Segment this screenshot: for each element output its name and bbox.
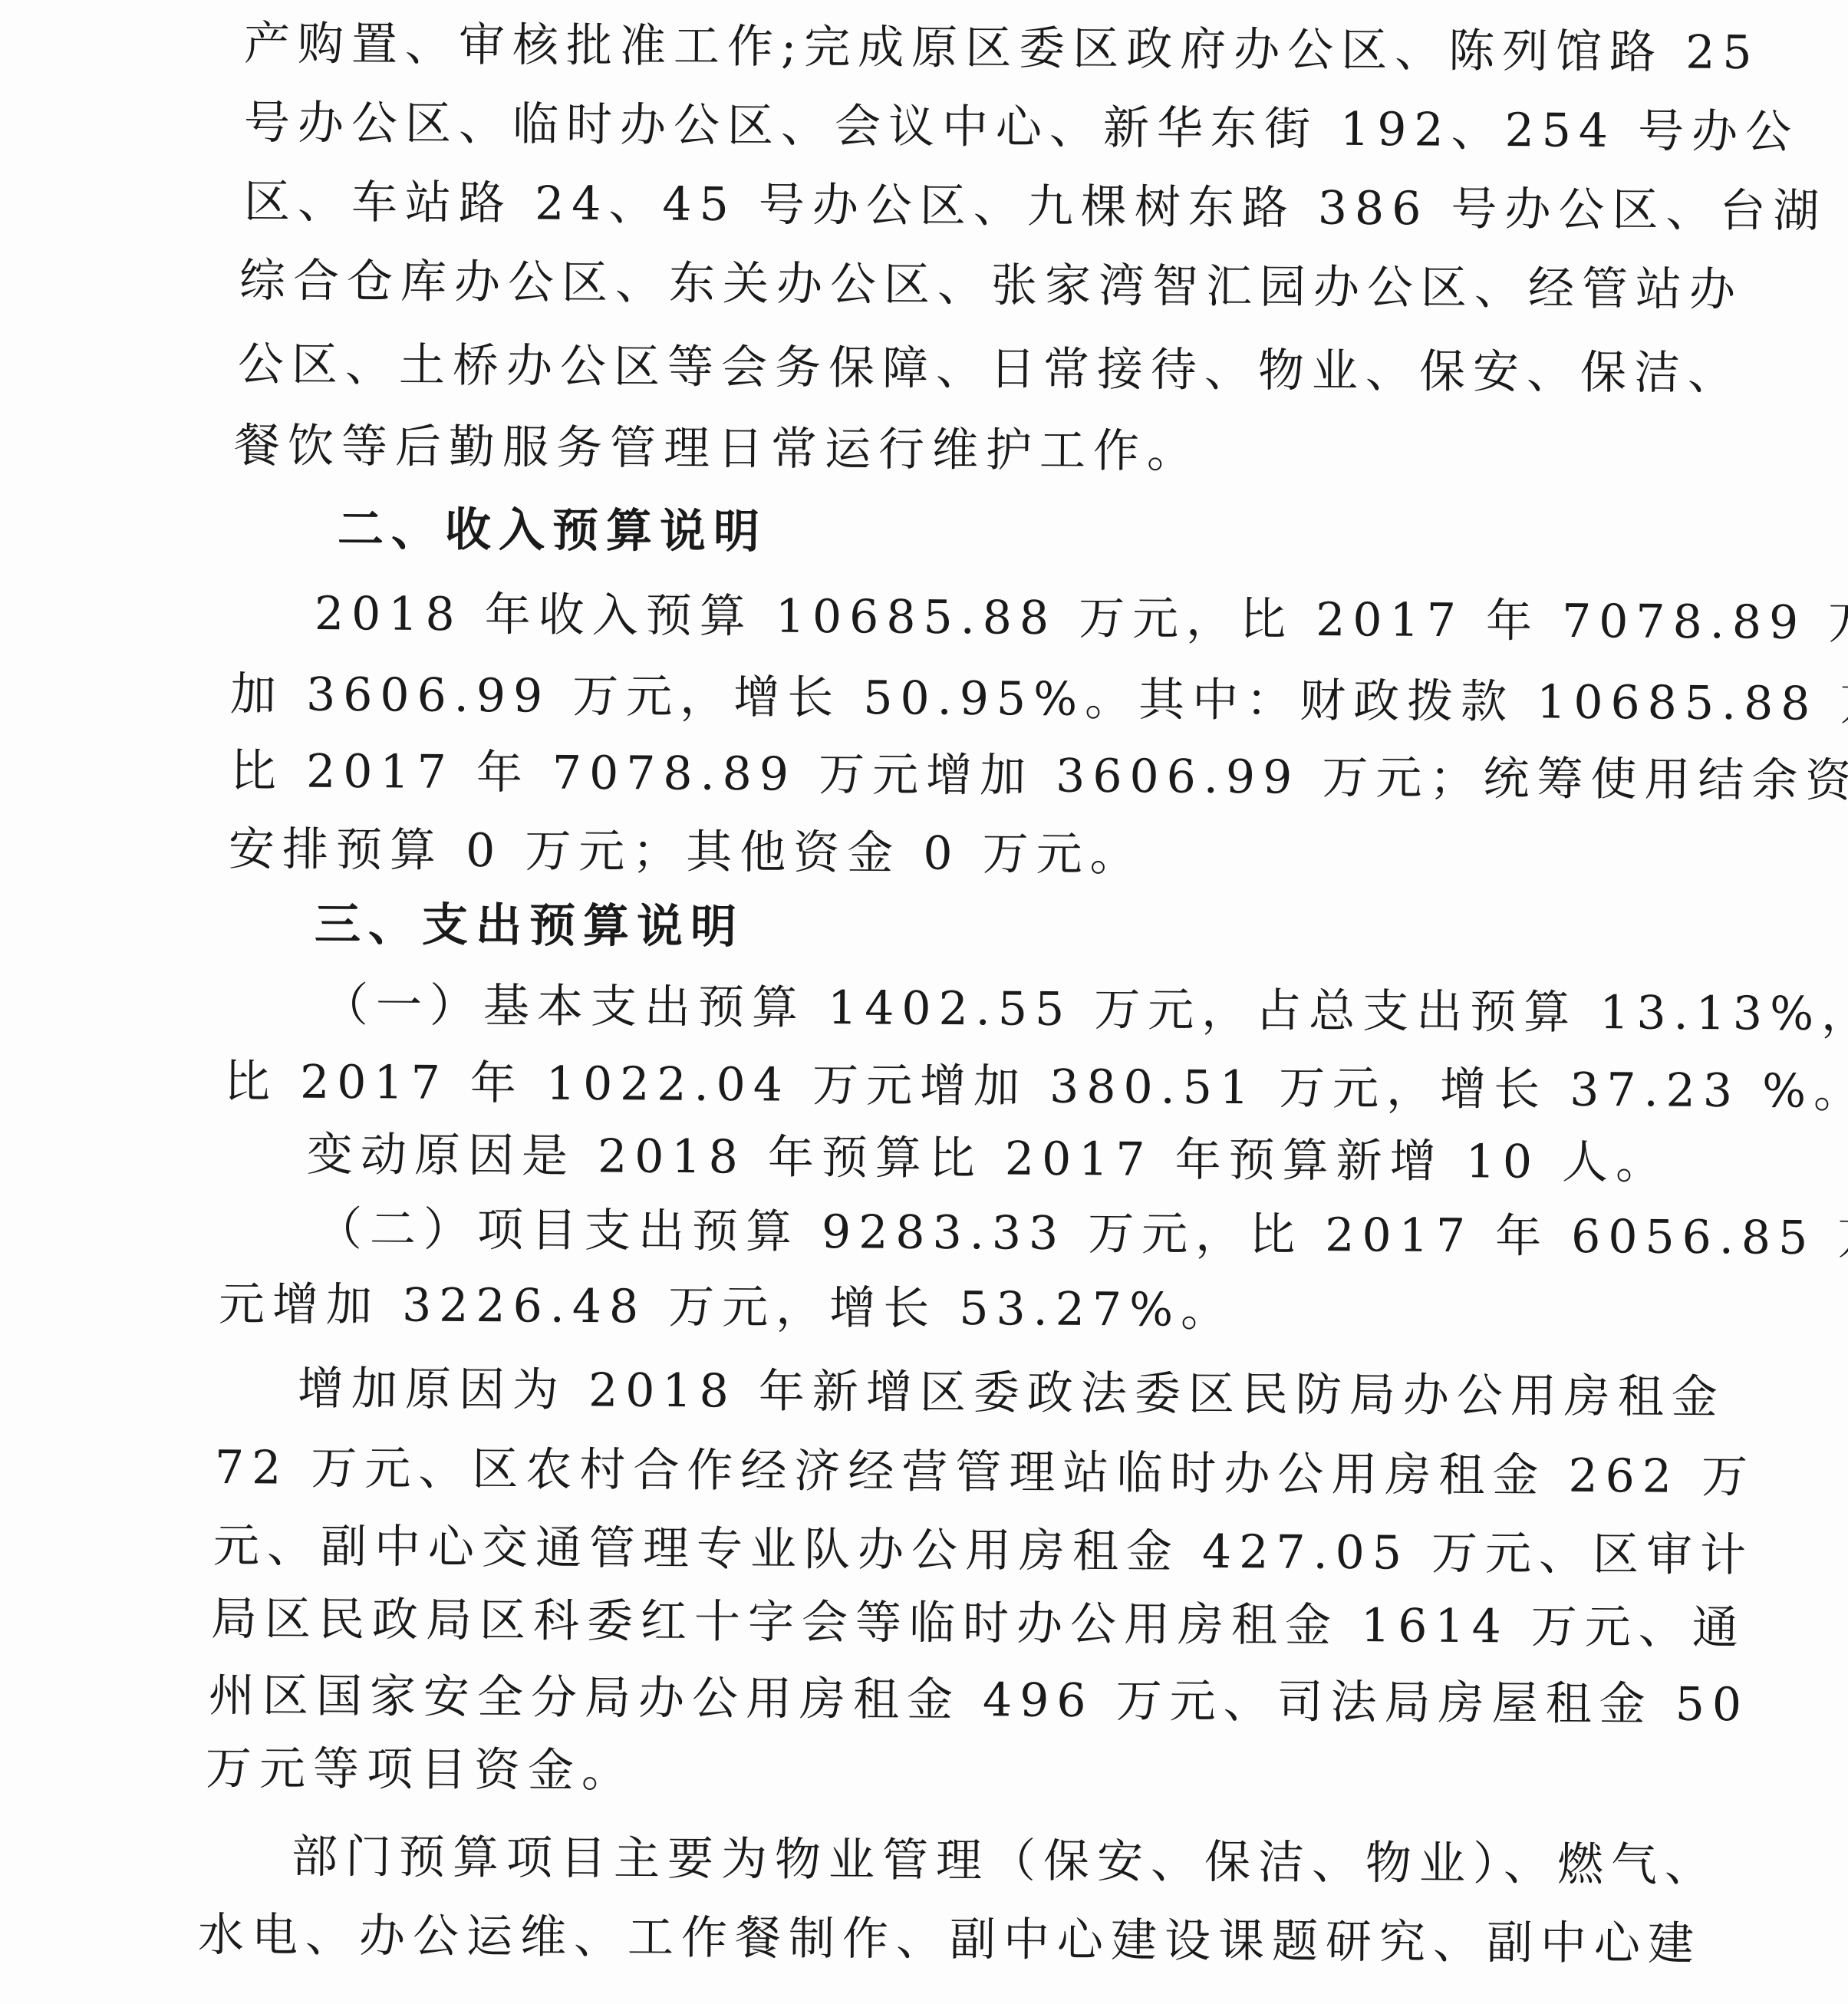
body-line: 2018 年收入预算 10685.88 万元，比 2017 年 7078.89 … [315,587,1848,651]
body-line: 变动原因是 2018 年预算比 2017 年预算新增 10 人。 [307,1128,1670,1190]
body-line: 安排预算 0 万元；其他资金 0 万元。 [229,822,1144,882]
body-line: （二）项目支出预算 9283.33 万元，比 2017 年 6056.85 万 [316,1202,1848,1266]
body-line: 增加原因为 2018 年新增区委政法委区民防局办公用房租金 [298,1362,1725,1424]
body-line: 局区民政局区科委红十字会等临时办公用房租金 1614 万元、通 [211,1592,1746,1655]
scanned-document-page: 产购置、审核批准工作;完成原区委区政府办公区、陈列馆路 25 号办公区、临时办公… [0,0,1848,2004]
body-line: 比 2017 年 1022.04 万元增加 380.51 万元，增长 37.23… [224,1055,1848,1119]
body-line: 区、车站路 24、45 号办公区、九棵树东路 386 号办公区、台湖 [244,175,1827,239]
body-line: 产购置、审核批准工作;完成原区委区政府办公区、陈列馆路 25 [244,17,1760,80]
body-line: 比 2017 年 7078.89 万元增加 3606.99 万元；统筹使用结余资… [230,744,1848,808]
body-line: （一）基本支出预算 1402.55 万元，占总支出预算 13.13%， [322,978,1848,1041]
body-line: 元增加 3226.48 万元，增长 53.27%。 [219,1277,1235,1337]
body-line: 餐饮等后勤服务管理日常运行维护工作。 [234,419,1201,479]
body-line: 部门预算项目主要为物业管理（保安、保洁、物业）、燃气、 [292,1830,1718,1892]
body-line: 万元等项目资金。 [206,1742,635,1798]
body-line: 州区国家安全分局办公用房租金 496 万元、司法局房屋租金 50 [209,1669,1749,1732]
section-heading-income: 二、收入预算说明 [338,503,767,559]
body-line: 号办公区、临时办公区、会议中心、新华东街 192、254 号办公 [244,96,1800,159]
body-line: 元、副中心交通管理专业队办公用房租金 427.05 万元、区审计 [213,1519,1754,1582]
section-heading-expenditure: 三、支出预算说明 [315,898,744,954]
body-line: 水电、办公运维、工作餐制作、副中心建设课题研究、副中心建 [198,1908,1701,1971]
body-line: 综合仓库办公区、东关办公区、张家湾智汇园办公区、经管站办 [239,254,1743,317]
body-line: 加 3606.99 万元，增长 50.95%。其中：财政拨款 10685.88 … [230,667,1848,732]
body-line: 公区、土桥办公区等会务保障、日常接待、物业、保安、保洁、 [238,338,1741,400]
body-line: 72 万元、区农村合作经济经营管理站临时办公用房租金 262 万 [215,1441,1755,1504]
